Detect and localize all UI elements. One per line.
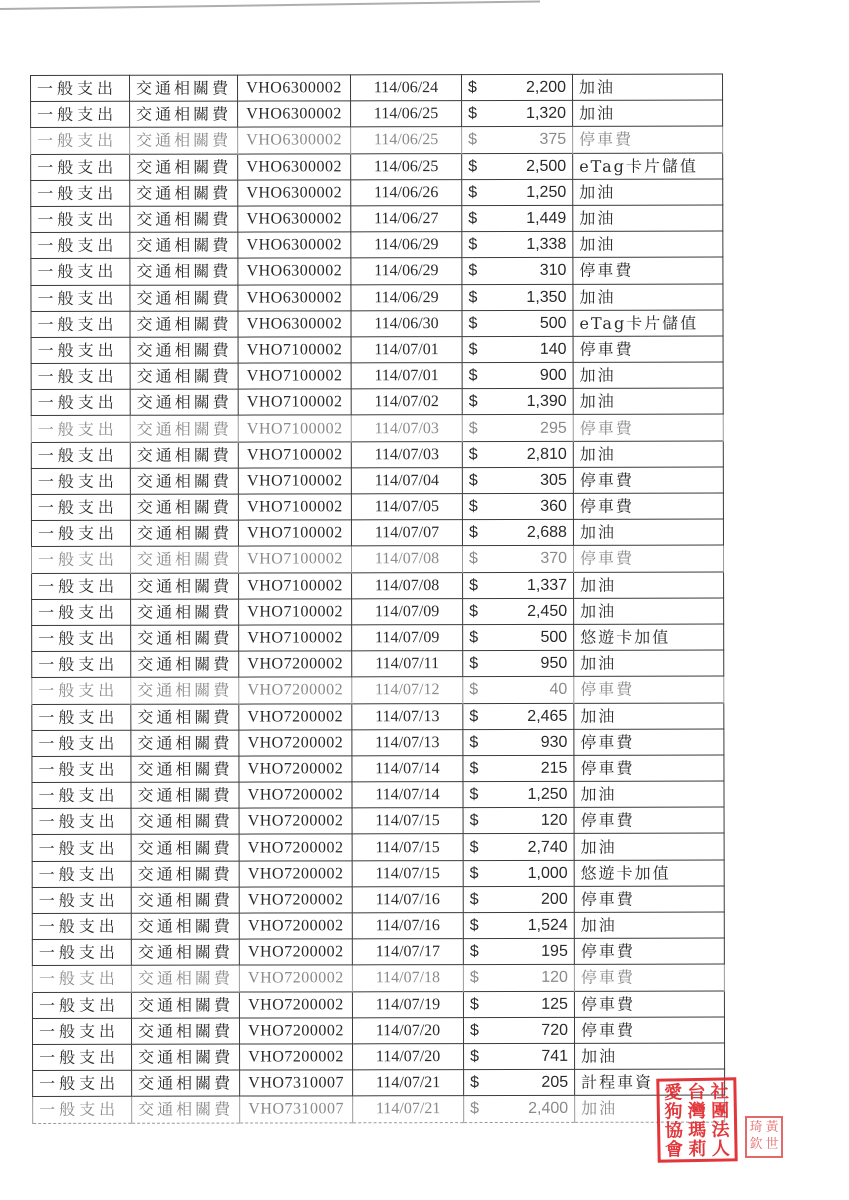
description-cell: 停車費: [574, 676, 724, 703]
date-cell: 114/07/16: [352, 913, 463, 939]
amount-cell: $ 2,810: [462, 441, 573, 467]
date-cell: 114/07/02: [351, 389, 462, 415]
table-row: 一般支出 交通相關費 VHO7100002 114/07/03 $ 295 停車…: [31, 414, 723, 442]
description-cell: eTag卡片儲值: [573, 310, 723, 337]
table-row: 一般支出 交通相關費 VHO6300002 114/06/25 $ 1,320 …: [31, 100, 723, 128]
description-cell: 停車費: [573, 126, 723, 153]
currency-symbol: $: [468, 180, 477, 205]
date-cell: 114/07/21: [353, 1070, 464, 1096]
table-row: 一般支出 交通相關費 VHO7200002 114/07/14 $ 1,250 …: [32, 781, 724, 809]
table-row: 一般支出 交通相關費 VHO7100002 114/07/07 $ 2,688 …: [31, 519, 723, 547]
subject-cell: 交通相關費: [131, 992, 239, 1018]
amount-cell: $ 215: [463, 755, 574, 781]
date-cell: 114/06/25: [351, 127, 462, 153]
date-cell: 114/07/13: [352, 729, 463, 755]
amount-value: 1,390: [527, 389, 567, 414]
amount-cell: $ 195: [463, 939, 574, 965]
voucher-number-cell: VHO7310007: [240, 1070, 353, 1096]
subject-cell: 交通相關費: [132, 1070, 240, 1096]
amount-cell: $ 1,338: [462, 231, 573, 257]
seal-column: 黃世: [765, 1119, 778, 1155]
description-cell: 停車費: [574, 755, 724, 782]
currency-symbol: $: [469, 337, 478, 362]
voucher-number-cell: VHO7200002: [239, 965, 352, 991]
amount-cell: $ 1,350: [462, 284, 573, 310]
voucher-number-cell: VHO7310007: [240, 1096, 353, 1122]
description-cell: 停車費: [573, 257, 723, 284]
voucher-number-cell: VHO7100002: [238, 520, 351, 546]
seal-character: 黃: [765, 1119, 778, 1136]
amount-value: 120: [541, 965, 568, 990]
voucher-number-cell: VHO7200002: [239, 860, 352, 886]
amount-cell: $ 2,465: [463, 703, 574, 729]
table-row: 一般支出 交通相關費 VHO6300002 114/06/29 $ 1,338 …: [31, 231, 723, 259]
description-cell: 停車費: [573, 545, 723, 572]
subject-cell: 交通相關費: [131, 1018, 239, 1044]
voucher-number-cell: VHO7200002: [239, 730, 352, 756]
subject-cell: 交通相關費: [130, 520, 238, 546]
amount-value: 1,337: [527, 573, 567, 598]
table-row: 一般支出 交通相關費 VHO6300002 114/06/29 $ 1,350 …: [31, 284, 723, 312]
subject-cell: 交通相關費: [131, 939, 239, 965]
amount-value: 1,320: [526, 101, 566, 126]
subject-cell: 交通相關費: [130, 468, 238, 494]
date-cell: 114/06/29: [351, 284, 462, 310]
amount-cell: $ 1,449: [462, 205, 573, 231]
currency-symbol: $: [469, 547, 478, 572]
category-cell: 一般支出: [32, 913, 131, 939]
amount-value: 1,449: [526, 206, 566, 231]
amount-cell: $ 2,740: [463, 834, 574, 860]
table-row: 一般支出 交通相關費 VHO7200002 114/07/13 $ 930 停車…: [32, 729, 724, 757]
description-cell: 加油: [574, 781, 724, 808]
table-row: 一般支出 交通相關費 VHO7200002 114/07/13 $ 2,465 …: [32, 703, 724, 731]
description-cell: 加油: [573, 179, 723, 206]
description-cell: 加油: [574, 912, 724, 939]
amount-value: 2,500: [526, 154, 566, 179]
table-row: 一般支出 交通相關費 VHO7200002 114/07/12 $ 40 停車費: [32, 676, 724, 704]
category-cell: 一般支出: [32, 678, 131, 704]
expense-ledger-table: 一般支出 交通相關費 VHO6300002 114/06/24 $ 2,200 …: [30, 74, 725, 1124]
currency-symbol: $: [470, 913, 479, 938]
category-cell: 一般支出: [31, 75, 130, 101]
currency-symbol: $: [469, 756, 478, 781]
currency-symbol: $: [469, 494, 478, 519]
table-row: 一般支出 交通相關費 VHO6300002 114/06/29 $ 310 停車…: [31, 257, 723, 285]
currency-symbol: $: [470, 861, 479, 886]
amount-value: 2,740: [528, 834, 568, 859]
currency-symbol: $: [469, 651, 478, 676]
amount-cell: $ 1,524: [463, 912, 574, 938]
currency-symbol: $: [468, 311, 477, 336]
amount-cell: $ 500: [462, 310, 573, 336]
subject-cell: 交通相關費: [131, 782, 239, 808]
amount-cell: $ 360: [462, 493, 573, 519]
scan-edge-line: [0, 0, 540, 10]
subject-cell: 交通相關費: [131, 756, 239, 782]
description-cell: 加油: [573, 441, 723, 468]
category-cell: 一般支出: [32, 573, 131, 599]
amount-value: 2,810: [527, 442, 567, 467]
category-cell: 一般支出: [32, 782, 131, 808]
amount-value: 2,688: [527, 520, 567, 545]
seal-character: 協: [665, 1121, 683, 1140]
voucher-number-cell: VHO7100002: [238, 389, 351, 415]
voucher-number-cell: VHO7200002: [239, 808, 352, 834]
amount-cell: $ 370: [462, 546, 573, 572]
currency-symbol: $: [469, 625, 478, 650]
amount-value: 1,250: [527, 782, 567, 807]
amount-cell: $ 2,450: [463, 598, 574, 624]
category-cell: 一般支出: [32, 625, 131, 651]
table-row: 一般支出 交通相關費 VHO7200002 114/07/11 $ 950 加油: [32, 650, 724, 678]
date-cell: 114/06/30: [351, 310, 462, 336]
table-row: 一般支出 交通相關費 VHO7200002 114/07/20 $ 720 停車…: [32, 1017, 724, 1045]
date-cell: 114/07/01: [351, 363, 462, 389]
description-cell: 停車費: [573, 414, 723, 441]
voucher-number-cell: VHO7100002: [238, 363, 351, 389]
date-cell: 114/06/25: [351, 153, 462, 179]
date-cell: 114/07/15: [352, 808, 463, 834]
subject-cell: 交通相關費: [130, 311, 238, 337]
seal-character: 愛: [664, 1083, 682, 1102]
date-cell: 114/07/21: [353, 1096, 464, 1122]
amount-value: 2,450: [527, 599, 567, 624]
amount-cell: $ 1,250: [463, 781, 574, 807]
seal-character: 台: [687, 1083, 705, 1102]
amount-value: 1,338: [526, 232, 566, 257]
amount-value: 1,000: [528, 861, 568, 886]
amount-cell: $ 1,250: [462, 179, 573, 205]
description-cell: 停車費: [573, 493, 723, 520]
date-cell: 114/07/15: [352, 834, 463, 860]
category-cell: 一般支出: [32, 861, 131, 887]
seal-character: 人: [712, 1139, 730, 1158]
date-cell: 114/07/11: [352, 651, 463, 677]
subject-cell: 交通相關費: [130, 285, 238, 311]
voucher-number-cell: VHO6300002: [238, 284, 351, 310]
subject-cell: 交通相關費: [131, 730, 239, 756]
seal-character: 世: [765, 1136, 778, 1153]
category-cell: 一般支出: [31, 180, 130, 206]
description-cell: 加油: [573, 205, 723, 232]
date-cell: 114/07/17: [352, 939, 463, 965]
description-cell: 停車費: [573, 336, 723, 363]
subject-cell: 交通相關費: [130, 232, 238, 258]
amount-value: 310: [540, 258, 567, 283]
date-cell: 114/07/09: [352, 625, 463, 651]
currency-symbol: $: [469, 468, 478, 493]
currency-symbol: $: [470, 1070, 479, 1095]
amount-value: 741: [541, 1044, 568, 1069]
table-row: 一般支出 交通相關費 VHO7100002 114/07/08 $ 370 停車…: [31, 545, 723, 573]
description-cell: 停車費: [574, 807, 724, 834]
description-cell: 停車費: [574, 1017, 724, 1044]
table-row: 一般支出 交通相關費 VHO7200002 114/07/20 $ 741 加油: [33, 1043, 725, 1071]
voucher-number-cell: VHO7200002: [239, 782, 352, 808]
currency-symbol: $: [468, 101, 477, 126]
seal-character: 狗: [664, 1102, 682, 1121]
amount-value: 375: [539, 127, 566, 152]
category-cell: 一般支出: [32, 992, 131, 1018]
table-row: 一般支出 交通相關費 VHO7200002 114/07/16 $ 200 停車…: [32, 886, 724, 914]
date-cell: 114/07/13: [352, 703, 463, 729]
amount-cell: $ 120: [463, 965, 574, 991]
amount-value: 295: [540, 415, 567, 440]
description-cell: 加油: [574, 598, 724, 625]
subject-cell: 交通相關費: [131, 625, 239, 651]
category-cell: 一般支出: [31, 363, 130, 389]
date-cell: 114/07/20: [353, 1044, 464, 1070]
voucher-number-cell: VHO6300002: [238, 232, 351, 258]
subject-cell: 交通相關費: [131, 704, 239, 730]
currency-symbol: $: [469, 416, 478, 441]
currency-symbol: $: [469, 520, 478, 545]
voucher-number-cell: VHO7200002: [239, 991, 352, 1017]
subject-cell: 交通相關費: [130, 258, 238, 284]
currency-symbol: $: [468, 232, 477, 257]
voucher-number-cell: VHO7100002: [238, 337, 351, 363]
date-cell: 114/07/08: [352, 572, 463, 598]
category-cell: 一般支出: [31, 442, 130, 468]
amount-value: 40: [549, 677, 567, 702]
amount-cell: $ 1,320: [462, 101, 573, 127]
currency-symbol: $: [469, 704, 478, 729]
date-cell: 114/07/12: [352, 677, 463, 703]
date-cell: 114/07/18: [352, 965, 463, 991]
category-cell: 一般支出: [31, 285, 130, 311]
voucher-number-cell: VHO7100002: [238, 546, 351, 572]
subject-cell: 交通相關費: [131, 887, 239, 913]
category-cell: 一般支出: [31, 494, 130, 520]
description-cell: 停車費: [573, 467, 723, 494]
table-row: 一般支出 交通相關費 VHO7200002 114/07/16 $ 1,524 …: [32, 912, 724, 940]
category-cell: 一般支出: [33, 1044, 132, 1070]
table-row: 一般支出 交通相關費 VHO7200002 114/07/18 $ 120 停車…: [32, 964, 724, 992]
seal-character: 社: [711, 1082, 729, 1101]
amount-cell: $ 40: [463, 677, 574, 703]
amount-cell: $ 310: [462, 258, 573, 284]
amount-value: 125: [541, 992, 568, 1017]
description-cell: 加油: [574, 650, 724, 677]
voucher-number-cell: VHO6300002: [238, 258, 351, 284]
date-cell: 114/07/09: [352, 598, 463, 624]
voucher-number-cell: VHO7200002: [239, 913, 352, 939]
amount-cell: $ 950: [463, 650, 574, 676]
amount-value: 205: [541, 1070, 568, 1095]
currency-symbol: $: [469, 677, 478, 702]
description-cell: 悠遊卡加值: [574, 860, 724, 887]
subject-cell: 交通相關費: [130, 127, 238, 153]
seal-column: 愛狗協會: [664, 1083, 683, 1157]
date-cell: 114/07/19: [352, 991, 463, 1017]
currency-symbol: $: [468, 128, 477, 153]
seal-character: 會: [665, 1140, 683, 1159]
amount-cell: $ 200: [463, 886, 574, 912]
subject-cell: 交通相關費: [131, 573, 239, 599]
currency-symbol: $: [470, 966, 479, 991]
category-cell: 一般支出: [31, 259, 130, 285]
date-cell: 114/07/15: [352, 860, 463, 886]
ledger-body: 一般支出 交通相關費 VHO6300002 114/06/24 $ 2,200 …: [31, 74, 725, 1123]
seal-column: 台灣瑪莉: [687, 1083, 706, 1157]
amount-value: 305: [540, 468, 567, 493]
voucher-number-cell: VHO6300002: [238, 180, 351, 206]
subject-cell: 交通相關費: [131, 677, 239, 703]
category-cell: 一般支出: [31, 416, 130, 442]
description-cell: 加油: [574, 572, 724, 599]
voucher-number-cell: VHO7100002: [238, 415, 351, 441]
amount-value: 195: [541, 939, 568, 964]
date-cell: 114/07/07: [351, 520, 462, 546]
table-row: 一般支出 交通相關費 VHO6300002 114/06/25 $ 2,500 …: [31, 153, 723, 181]
date-cell: 114/07/14: [352, 755, 463, 781]
currency-symbol: $: [470, 808, 479, 833]
table-row: 一般支出 交通相關費 VHO7200002 114/07/14 $ 215 停車…: [32, 755, 724, 783]
date-cell: 114/07/01: [351, 336, 462, 362]
amount-value: 500: [540, 625, 567, 650]
voucher-number-cell: VHO7200002: [239, 703, 352, 729]
amount-value: 215: [541, 756, 568, 781]
subject-cell: 交通相關費: [132, 1096, 240, 1122]
category-cell: 一般支出: [31, 547, 130, 573]
amount-value: 2,200: [526, 75, 566, 100]
description-cell: 加油: [574, 833, 724, 860]
table-row: 一般支出 交通相關費 VHO7200002 114/07/17 $ 195 停車…: [32, 938, 724, 966]
seal-column: 琦欽: [749, 1119, 762, 1155]
date-cell: 114/06/29: [351, 232, 462, 258]
amount-value: 500: [540, 311, 567, 336]
table-row: 一般支出 交通相關費 VHO7100002 114/07/04 $ 305 停車…: [31, 467, 723, 495]
amount-cell: $ 375: [462, 127, 573, 153]
table-row: 一般支出 交通相關費 VHO7100002 114/07/05 $ 360 停車…: [31, 493, 723, 521]
category-cell: 一般支出: [31, 390, 130, 416]
subject-cell: 交通相關費: [130, 206, 238, 232]
date-cell: 114/07/03: [351, 441, 462, 467]
voucher-number-cell: VHO6300002: [238, 311, 351, 337]
category-cell: 一般支出: [32, 704, 131, 730]
date-cell: 114/06/24: [351, 75, 462, 101]
category-cell: 一般支出: [32, 966, 131, 992]
date-cell: 114/07/04: [351, 467, 462, 493]
amount-value: 1,524: [528, 913, 568, 938]
category-cell: 一般支出: [31, 101, 130, 127]
amount-cell: $ 1,390: [462, 389, 573, 415]
organization-seal-stamp: 社團法人台灣瑪莉愛狗協會: [656, 1077, 737, 1162]
amount-cell: $ 2,688: [462, 520, 573, 546]
amount-value: 950: [541, 651, 568, 676]
voucher-number-cell: VHO7200002: [239, 887, 352, 913]
date-cell: 114/07/05: [351, 494, 462, 520]
description-cell: eTag卡片儲值: [573, 153, 723, 180]
seal-character: 莉: [688, 1140, 706, 1159]
amount-cell: $ 500: [463, 624, 574, 650]
subject-cell: 交通相關費: [130, 416, 238, 442]
voucher-number-cell: VHO7200002: [239, 756, 352, 782]
date-cell: 114/07/03: [351, 415, 462, 441]
table-row: 一般支出 交通相關費 VHO7200002 114/07/19 $ 125 停車…: [32, 991, 724, 1019]
currency-symbol: $: [469, 389, 478, 414]
table-row: 一般支出 交通相關費 VHO7310007 114/07/21 $ 205 計程…: [33, 1069, 725, 1097]
date-cell: 114/06/29: [351, 258, 462, 284]
voucher-number-cell: VHO6300002: [238, 101, 351, 127]
currency-symbol: $: [468, 154, 477, 179]
amount-cell: $ 1,337: [463, 572, 574, 598]
table-row: 一般支出 交通相關費 VHO6300002 114/06/27 $ 1,449 …: [31, 205, 723, 233]
amount-cell: $ 305: [462, 467, 573, 493]
description-cell: 停車費: [574, 964, 724, 991]
description-cell: 加油: [573, 388, 723, 415]
amount-cell: $ 900: [462, 362, 573, 388]
description-cell: 停車費: [574, 886, 724, 913]
voucher-number-cell: VHO7100002: [238, 441, 351, 467]
seal-character: 灣: [688, 1102, 706, 1121]
voucher-number-cell: VHO7100002: [238, 494, 351, 520]
seal-character: 琦: [749, 1119, 762, 1136]
date-cell: 114/06/25: [351, 101, 462, 127]
amount-value: 1,250: [526, 180, 566, 205]
voucher-number-cell: VHO6300002: [238, 75, 351, 101]
seal-character: 瑪: [688, 1121, 706, 1140]
amount-cell: $ 1,000: [463, 860, 574, 886]
description-cell: 停車費: [574, 991, 724, 1018]
currency-symbol: $: [468, 285, 477, 310]
category-cell: 一般支出: [32, 939, 131, 965]
table-row: 一般支出 交通相關費 VHO7200002 114/07/15 $ 120 停車…: [32, 807, 724, 835]
voucher-number-cell: VHO7200002: [239, 1018, 352, 1044]
voucher-number-cell: VHO7200002: [239, 834, 352, 860]
category-cell: 一般支出: [31, 337, 130, 363]
amount-value: 200: [541, 887, 568, 912]
amount-value: 2,400: [528, 1096, 568, 1121]
category-cell: 一般支出: [32, 730, 131, 756]
description-cell: 加油: [574, 703, 724, 730]
category-cell: 一般支出: [31, 232, 130, 258]
currency-symbol: $: [469, 730, 478, 755]
table-row: 一般支出 交通相關費 VHO6300002 114/06/25 $ 375 停車…: [31, 126, 723, 154]
amount-cell: $ 295: [462, 415, 573, 441]
category-cell: 一般支出: [32, 887, 131, 913]
description-cell: 悠遊卡加值: [574, 624, 724, 651]
currency-symbol: $: [470, 835, 479, 860]
date-cell: 114/07/08: [351, 546, 462, 572]
subject-cell: 交通相關費: [131, 651, 239, 677]
amount-cell: $ 120: [463, 808, 574, 834]
voucher-number-cell: VHO7100002: [238, 468, 351, 494]
amount-cell: $ 205: [464, 1069, 575, 1095]
category-cell: 一般支出: [32, 756, 131, 782]
amount-cell: $ 2,200: [462, 74, 573, 100]
personal-seal-stamp: 黃世琦欽: [745, 1116, 783, 1158]
category-cell: 一般支出: [31, 311, 130, 337]
category-cell: 一般支出: [31, 154, 130, 180]
amount-cell: $ 140: [462, 336, 573, 362]
amount-cell: $ 2,400: [464, 1096, 575, 1122]
amount-value: 900: [540, 363, 567, 388]
currency-symbol: $: [469, 782, 478, 807]
currency-symbol: $: [468, 258, 477, 283]
category-cell: 一般支出: [31, 468, 130, 494]
description-cell: 加油: [573, 519, 723, 546]
description-cell: 加油: [573, 362, 723, 389]
subject-cell: 交通相關費: [131, 808, 239, 834]
amount-value: 360: [540, 494, 567, 519]
amount-cell: $ 2,500: [462, 153, 573, 179]
seal-character: 法: [711, 1120, 729, 1139]
description-cell: 加油: [573, 284, 723, 311]
currency-symbol: $: [470, 1018, 479, 1043]
currency-symbol: $: [470, 887, 479, 912]
